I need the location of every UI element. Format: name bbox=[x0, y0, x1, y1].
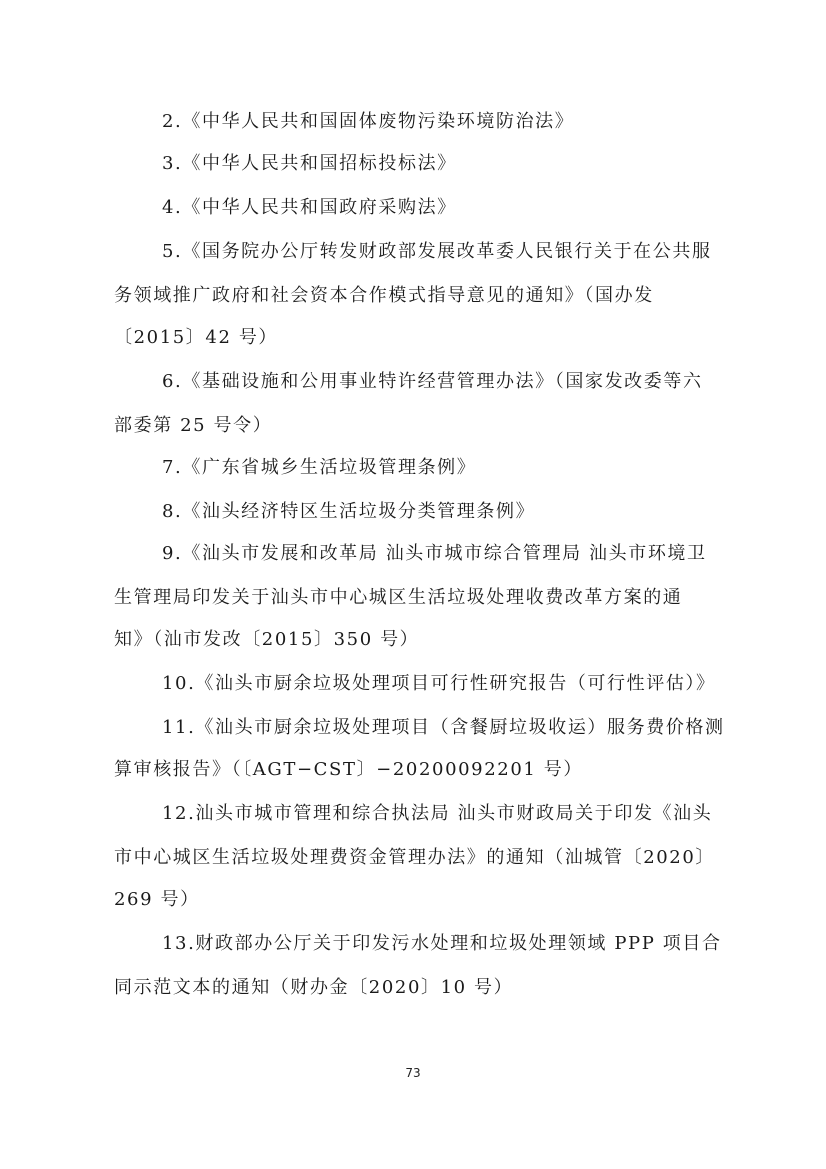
reference-10: 10.《汕头市厨余垃圾处理项目可行性研究报告（可行性评估）》 bbox=[162, 672, 716, 696]
reference-11-line-1: 11.《汕头市厨余垃圾处理项目（含餐厨垃圾收运）服务费价格测 bbox=[162, 716, 725, 740]
reference-12-line-3: 269 号） bbox=[114, 888, 200, 912]
reference-6-line-1: 6.《基础设施和公用事业特许经营管理办法》（国家发改委等六 bbox=[162, 370, 703, 394]
reference-11-line-2: 算审核报告》（〔AGT−CST〕−20200092201 号） bbox=[114, 758, 583, 782]
document-page: 2.《中华人民共和国固体废物污染环境防治法》 3.《中华人民共和国招标投标法》 … bbox=[0, 0, 826, 1169]
reference-5-line-2: 务领域推广政府和社会资本合作模式指导意见的通知》（国办发 bbox=[114, 284, 654, 308]
page-number: 73 bbox=[0, 1066, 826, 1080]
reference-3: 3.《中华人民共和国招标投标法》 bbox=[162, 152, 457, 176]
reference-13-line-1: 13.财政部办公厅关于印发污水处理和垃圾处理领域 PPP 项目合 bbox=[162, 932, 722, 956]
reference-9-line-3: 知》（汕市发改〔2015〕350 号） bbox=[114, 628, 419, 652]
reference-8: 8.《汕头经济特区生活垃圾分类管理条例》 bbox=[162, 500, 535, 524]
reference-6-line-2: 部委第 25 号令） bbox=[114, 414, 272, 438]
reference-12-line-1: 12.汕头市城市管理和综合执法局 汕头市财政局关于印发《汕头 bbox=[162, 802, 712, 826]
reference-7: 7.《广东省城乡生活垃圾管理条例》 bbox=[162, 456, 476, 480]
reference-5-line-3: 〔2015〕42 号） bbox=[114, 326, 278, 350]
reference-9-line-2: 生管理局印发关于汕头市中心城区生活垃圾处理收费改革方案的通 bbox=[114, 586, 682, 610]
reference-9-line-1: 9.《汕头市发展和改革局 汕头市城市综合管理局 汕头市环境卫 bbox=[162, 542, 707, 566]
reference-5-line-1: 5.《国务院办公厅转发财政部发展改革委人民银行关于在公共服 bbox=[162, 240, 712, 264]
reference-4: 4.《中华人民共和国政府采购法》 bbox=[162, 196, 457, 220]
reference-12-line-2: 市中心城区生活垃圾处理费资金管理办法》的通知（汕城管〔2020〕 bbox=[114, 846, 715, 870]
reference-2: 2.《中华人民共和国固体废物污染环境防治法》 bbox=[162, 110, 574, 134]
reference-13-line-2: 同示范文本的通知（财办金〔2020〕10 号） bbox=[114, 976, 513, 1000]
